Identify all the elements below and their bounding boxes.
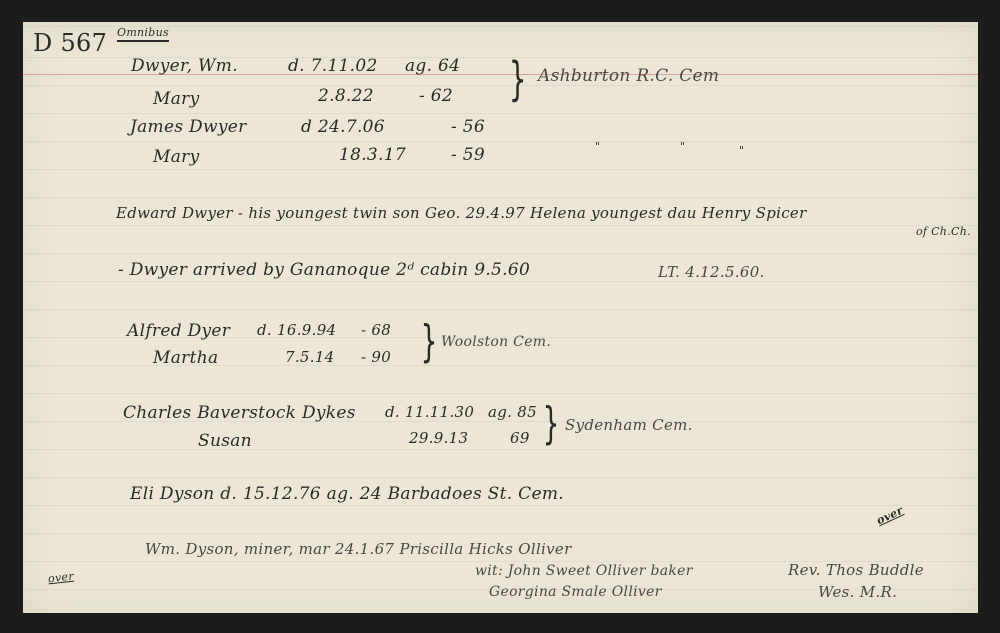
burial-place: Woolston Cem. — [441, 334, 551, 350]
entry-age: - 62 — [419, 86, 453, 106]
entry-name: Martha — [153, 348, 218, 368]
index-card: D 567 Omnibus Dwyer, Wm. d. 7.11.02 ag. … — [23, 22, 978, 613]
entry-date: 2.8.22 — [318, 86, 374, 106]
entry-date: 29.9.13 — [409, 429, 468, 447]
entry-witness: Georgina Smale Olliver — [489, 584, 662, 600]
entry-witness: wit: John Sweet Olliver baker — [475, 563, 693, 579]
entry-name: Alfred Dyer — [127, 321, 230, 341]
officiant-name: Rev. Thos Buddle — [788, 561, 924, 579]
burial-place: Sydenham Cem. — [565, 416, 693, 434]
entry-name: Dwyer, Wm. — [131, 56, 238, 76]
entry-text: - Dwyer arrived by Gananoque 2ᵈ cabin 9.… — [118, 260, 530, 280]
card-index-number: D 567 — [33, 29, 107, 57]
entry-date: d. 16.9.94 — [257, 321, 336, 339]
entry-name: Susan — [198, 431, 252, 451]
entry-date: d. 11.11.30 — [385, 403, 474, 421]
entry-name: Mary — [153, 89, 199, 109]
entry-age: - 56 — [451, 117, 485, 137]
entry-text: Eli Dyson d. 15.12.76 ag. 24 Barbadoes S… — [130, 484, 564, 504]
entry-date: 18.3.17 — [339, 145, 406, 165]
ditto-mark: " — [739, 144, 744, 157]
entry-text: Edward Dwyer - his youngest twin son Geo… — [116, 204, 807, 222]
entry-date: d 24.7.06 — [301, 117, 385, 137]
entry-age: ag. 64 — [405, 56, 460, 76]
grouping-brace: } — [543, 402, 560, 446]
entry-age: - 59 — [451, 145, 485, 165]
entry-date: d. 7.11.02 — [288, 56, 378, 76]
entry-name: Charles Baverstock Dykes — [123, 403, 356, 423]
newspaper-reference: LT. 4.12.5.60. — [658, 263, 765, 281]
entry-name: James Dwyer — [130, 117, 247, 137]
burial-place: Ashburton R.C. Cem — [538, 66, 719, 86]
entry-continuation: of Ch.Ch. — [916, 225, 971, 238]
entry-text: Wm. Dyson, miner, mar 24.1.67 Priscilla … — [145, 540, 572, 558]
entry-name: Mary — [153, 147, 199, 167]
over-mark: over — [875, 504, 906, 528]
officiant-role: Wes. M.R. — [818, 583, 897, 601]
entry-age: - 68 — [361, 321, 391, 339]
header-note: Omnibus — [117, 26, 169, 42]
grouping-brace: } — [509, 56, 527, 102]
entry-age: - 90 — [361, 348, 391, 366]
ditto-mark: " — [595, 140, 600, 153]
entry-age: ag. 85 — [488, 403, 537, 421]
grouping-brace: } — [421, 320, 438, 364]
entry-date: 7.5.14 — [285, 348, 335, 366]
entry-age: 69 — [510, 429, 530, 447]
over-mark: over — [47, 570, 74, 586]
ditto-mark: " — [680, 140, 685, 153]
